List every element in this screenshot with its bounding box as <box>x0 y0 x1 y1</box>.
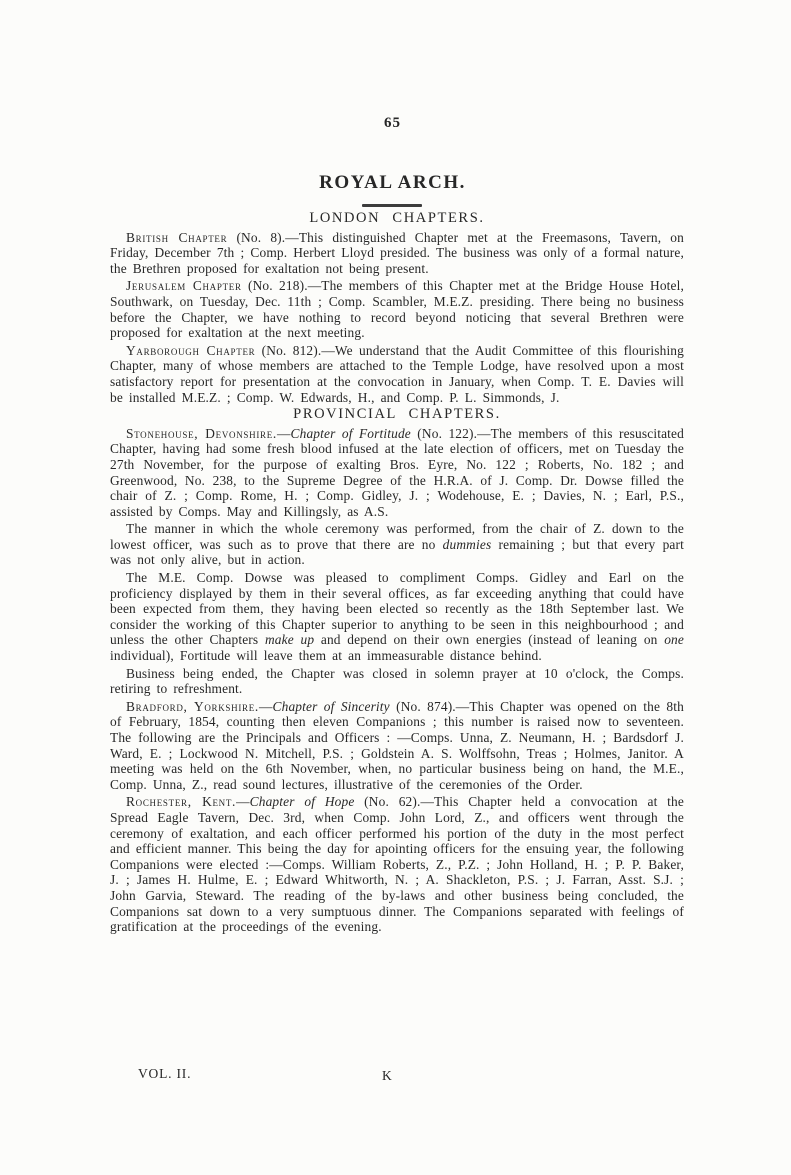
paragraph: Stonehouse, Devonshire.—Chapter of Forti… <box>110 426 684 520</box>
emphasized-text: dummies <box>443 537 492 552</box>
emphasized-text: make up <box>265 632 314 647</box>
chapter-name: Yarborough Chapter <box>126 343 255 358</box>
body-text: and depend on their own energies (instea… <box>314 632 664 647</box>
paragraph: The M.E. Comp. Dowse was pleased to comp… <box>110 570 684 664</box>
title-rule-divider <box>362 204 422 207</box>
chapter-name: Stonehouse, Devonshire. <box>126 426 277 441</box>
emphasized-text: Chapter of Sincerity <box>273 699 390 714</box>
page-title: ROYAL ARCH. <box>0 172 785 194</box>
body-text: individual), Fortitude will leave them a… <box>110 648 542 663</box>
paragraph: British Chapter (No. 8).—This distinguis… <box>110 230 684 277</box>
emphasized-text: one <box>664 632 684 647</box>
page-footer: VOL. II. K <box>110 1066 684 1084</box>
page-number: 65 <box>0 115 785 132</box>
chapter-name: Jerusalem Chapter <box>126 278 242 293</box>
body-text: — <box>236 794 250 809</box>
chapter-name: British Chapter <box>126 230 227 245</box>
emphasized-text: Chapter of Fortitude <box>291 426 411 441</box>
signature-mark: K <box>382 1068 392 1084</box>
volume-label: VOL. II. <box>138 1066 191 1082</box>
body-text: (No. 62).—This Chapter held a convocatio… <box>110 794 684 934</box>
paragraph: Yarborough Chapter (No. 812).—We underst… <box>110 343 684 405</box>
chapter-name: Rochester, Kent. <box>126 794 236 809</box>
paragraph: Business being ended, the Chapter was cl… <box>110 666 684 697</box>
emphasized-text: Chapter of Hope <box>250 794 355 809</box>
section-heading: LONDON CHAPTERS. <box>110 211 684 227</box>
paragraph: The manner in which the whole ceremony w… <box>110 521 684 568</box>
section-heading: PROVINCIAL CHAPTERS. <box>110 407 684 423</box>
body-text: — <box>277 426 291 441</box>
article-body: LONDON CHAPTERS.British Chapter (No. 8).… <box>110 210 684 937</box>
body-text: Business being ended, the Chapter was cl… <box>110 666 684 697</box>
paragraph: Jerusalem Chapter (No. 218).—The members… <box>110 278 684 340</box>
paragraph: Rochester, Kent.—Chapter of Hope (No. 62… <box>110 794 684 934</box>
chapter-name: Bradford, Yorkshire. <box>126 699 259 714</box>
scanned-page: 65 ROYAL ARCH. LONDON CHAPTERS.British C… <box>0 0 791 1175</box>
paragraph: Bradford, Yorkshire.—Chapter of Sincerit… <box>110 699 684 793</box>
body-text: — <box>259 699 273 714</box>
